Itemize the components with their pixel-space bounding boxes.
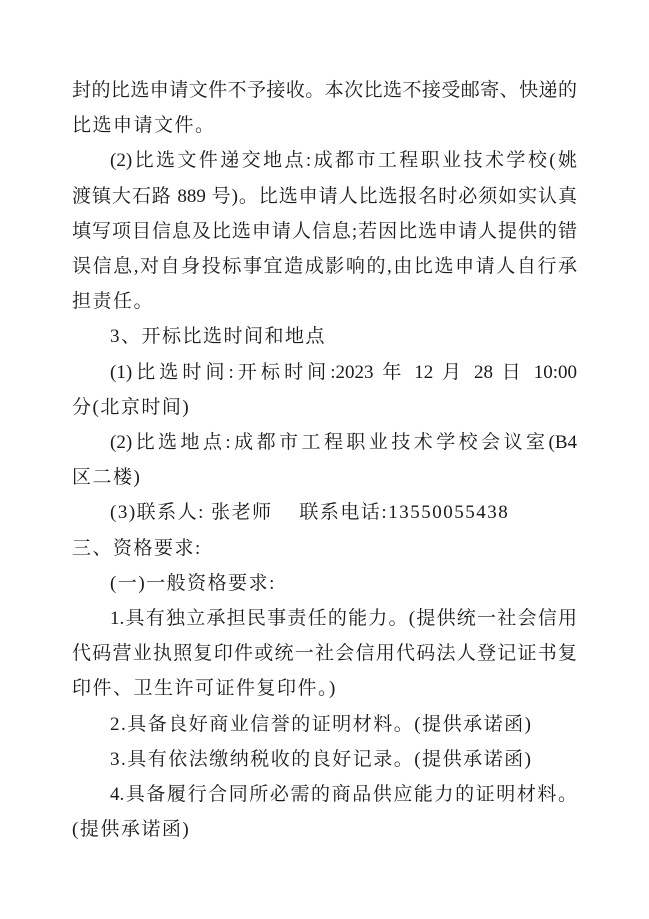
text-line: 4.具备履行合同所必需的商品供应能力的证明材料。 [72, 777, 577, 812]
text-line: 1.具有独立承担民事责任的能力。(提供统一社会信用 [72, 601, 577, 636]
text-line: 封的比选申请文件不予接收。本次比选不接受邮寄、快递的 [72, 73, 577, 108]
text-line: 代码营业执照复印件或统一社会信用代码法人登记证书复 [72, 636, 577, 671]
para-submission-location: (2)比选文件递交地点:成都市工程职业技术学校(姚渡镇大石路 889 号)。比选… [72, 143, 577, 319]
text-line: 分(北京时间) [72, 390, 577, 425]
heading-bid-opening-time-place: 3、开标比选时间和地点 [72, 319, 577, 354]
heading-qualification-requirements: 三、资格要求: [72, 531, 577, 566]
para-bid-time: (1)比选时间:开标时间:2023 年 12 月 28 日 10:00分(北京时… [72, 355, 577, 425]
text-line: (2)比选地点:成都市工程职业技术学校会议室(B4 [72, 425, 577, 460]
text-line: 三、资格要求: [72, 531, 577, 566]
para-application-file-rejection: 封的比选申请文件不予接收。本次比选不接受邮寄、快递的比选申请文件。 [72, 73, 577, 143]
text-line: (3)联系人: 张老师 联系电话:13550055438 [72, 495, 577, 530]
para-qualification-2: 2.具备良好商业信誉的证明材料。(提供承诺函) [72, 707, 577, 742]
para-qualification-3: 3.具有依法缴纳税收的良好记录。(提供承诺函) [72, 742, 577, 777]
para-qualification-1: 1.具有独立承担民事责任的能力。(提供统一社会信用代码营业执照复印件或统一社会信… [72, 601, 577, 707]
text-line: 3、开标比选时间和地点 [72, 319, 577, 354]
text-line: 渡镇大石路 889 号)。比选申请人比选报名时必须如实认真 [72, 179, 577, 214]
text-line: 填写项目信息及比选申请人信息;若因比选申请人提供的错 [72, 214, 577, 249]
document-body: 封的比选申请文件不予接收。本次比选不接受邮寄、快递的比选申请文件。(2)比选文件… [72, 73, 577, 847]
text-line: 印件、卫生许可证件复印件。) [72, 671, 577, 706]
text-line: 比选申请文件。 [72, 108, 577, 143]
document-page: 封的比选申请文件不予接收。本次比选不接受邮寄、快递的比选申请文件。(2)比选文件… [0, 0, 649, 919]
text-line: (1)比选时间:开标时间:2023 年 12 月 28 日 10:00 [72, 355, 577, 390]
text-line: 2.具备良好商业信誉的证明材料。(提供承诺函) [72, 707, 577, 742]
para-bid-location: (2)比选地点:成都市工程职业技术学校会议室(B4区二楼) [72, 425, 577, 495]
text-line: 区二楼) [72, 460, 577, 495]
text-line: (一)一般资格要求: [72, 566, 577, 601]
text-line: (提供承诺函) [72, 812, 577, 847]
text-line: 担责任。 [72, 284, 577, 319]
text-line: 误信息,对自身投标事宜造成影响的,由比选申请人自行承 [72, 249, 577, 284]
text-line: (2)比选文件递交地点:成都市工程职业技术学校(姚 [72, 143, 577, 178]
text-line: 3.具有依法缴纳税收的良好记录。(提供承诺函) [72, 742, 577, 777]
heading-general-qualification: (一)一般资格要求: [72, 566, 577, 601]
para-contact: (3)联系人: 张老师 联系电话:13550055438 [72, 495, 577, 530]
para-qualification-4: 4.具备履行合同所必需的商品供应能力的证明材料。(提供承诺函) [72, 777, 577, 847]
